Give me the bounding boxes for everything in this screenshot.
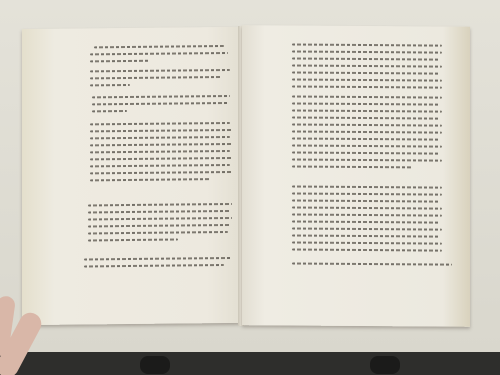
shoe [370, 356, 400, 374]
floor [0, 352, 500, 375]
left-page [22, 27, 240, 325]
shoe [140, 356, 170, 374]
right-page [242, 25, 470, 327]
